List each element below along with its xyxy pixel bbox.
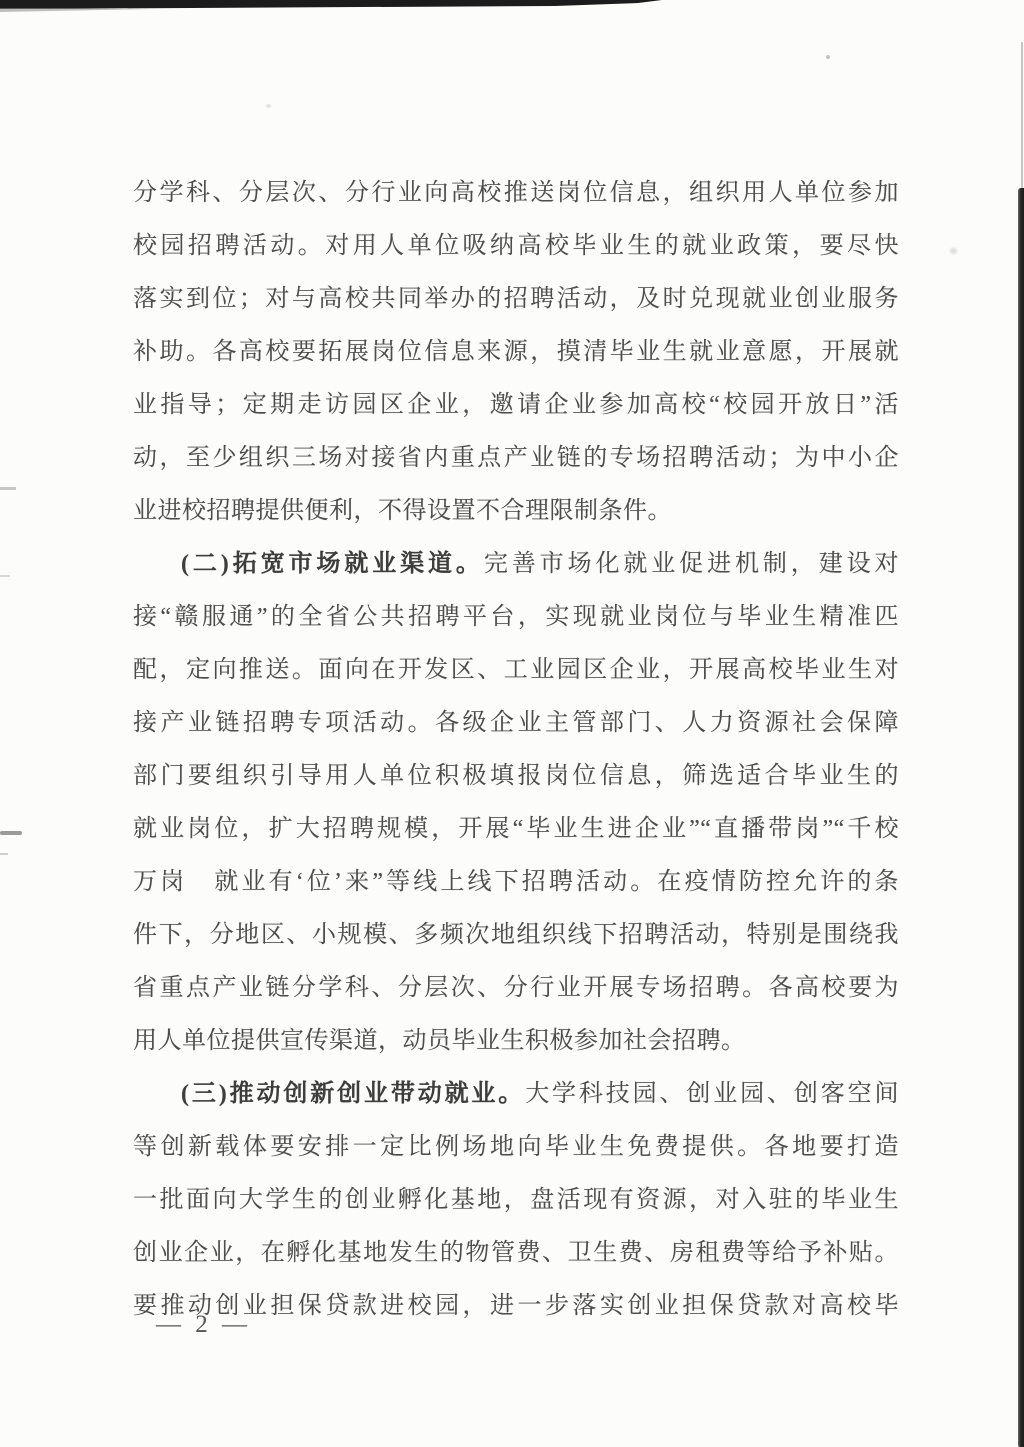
page-number: — 2 — [156,1310,251,1340]
body-line: 一批面向大学生的创业孵化基地，盘活现有资源，对入驻的毕业生 [133,1174,899,1227]
line-text: 用人单位提供宣传渠道，动员毕业生积极参加社会招聘。 [133,1028,746,1054]
scan-mark [0,487,16,490]
body-line: 等创新载体要安排一定比例场地向毕业生免费提供。各地要打造 [133,1121,899,1174]
scan-speck [826,55,830,59]
line-text: 等创新载体要安排一定比例场地向毕业生免费提供。各地要打造 [133,1134,899,1160]
line-text: 完善市场化就业促进机制，建设对 [484,551,899,577]
scanned-page: 分学科、分层次、分行业向高校推送岗位信息，组织用人单位参加校园招聘活动。对用人单… [0,0,1024,1447]
line-text: 补助。各高校要拓展岗位信息来源，摸清毕业生就业意愿，开展就 [133,339,899,365]
line-text: 动，至少组织三场对接省内重点产业链的专场招聘活动；为中小企 [133,445,899,471]
line-text: 件下，分地区、小规模、多频次地组织线下招聘活动，特别是围绕我 [133,922,899,948]
line-text: 配，定向推送。面向在开发区、工业园区企业，开展高校毕业生对 [133,657,899,683]
scan-speck [266,104,271,108]
scan-edge-top [0,0,1024,14]
body-line: 业指导；定期走访园区企业，邀请企业参加高校“校园开放日”活 [133,379,899,432]
body-line: 配，定向推送。面向在开发区、工业园区企业，开展高校毕业生对 [133,644,899,697]
body-line: 分学科、分层次、分行业向高校推送岗位信息，组织用人单位参加 [133,167,899,220]
body-line: 创业企业，在孵化基地发生的物管费、卫生费、房租费等给予补贴。 [133,1227,899,1280]
body-line: 落实到位；对与高校共同举办的招聘活动，及时兑现就业创业服务 [133,273,899,326]
page-number-text: — 2 — [156,1311,251,1338]
body-line: 接产业链招聘专项活动。各级企业主管部门、人力资源社会保障 [133,697,899,750]
body-line: (二)拓宽市场就业渠道。完善市场化就业促进机制，建设对 [133,538,899,591]
scan-mark [0,853,8,855]
line-text: 接产业链招聘专项活动。各级企业主管部门、人力资源社会保障 [133,710,899,736]
section-heading: (三)推动创新创业带动就业。 [181,1081,525,1107]
body-line: 件下，分地区、小规模、多频次地组织线下招聘活动，特别是围绕我 [133,909,899,962]
scan-mark [0,831,22,835]
line-text: 省重点产业链分学科、分层次、分行业开展专场招聘。各高校要为 [133,975,899,1001]
document-body: 分学科、分层次、分行业向高校推送岗位信息，组织用人单位参加校园招聘活动。对用人单… [133,167,899,1333]
line-text: 接“赣服通”的全省公共招聘平台，实现就业岗位与毕业生精准匹 [133,604,899,630]
line-text: 业进校招聘提供便利，不得设置不合理限制条件。 [133,498,672,524]
line-text: 业指导；定期走访园区企业，邀请企业参加高校“校园开放日”活 [133,392,899,418]
line-text: 部门要组织引导用人单位积极填报岗位信息，筛选适合毕业生的 [133,763,899,789]
scan-speck [950,248,957,254]
scan-mark [0,575,10,577]
line-text: 万岗 就业有‘位’来”等线上线下招聘活动。在疫情防控允许的条 [133,869,899,895]
body-line: 业进校招聘提供便利，不得设置不合理限制条件。 [133,485,899,538]
line-text: 分学科、分层次、分行业向高校推送岗位信息，组织用人单位参加 [133,180,899,206]
line-text: 就业岗位，扩大招聘规模，开展“毕业生进企业”“直播带岗”“千校 [133,816,899,842]
line-text: 创业企业，在孵化基地发生的物管费、卫生费、房租费等给予补贴。 [133,1240,899,1266]
body-line: 部门要组织引导用人单位积极填报岗位信息，筛选适合毕业生的 [133,750,899,803]
body-line: 校园招聘活动。对用人单位吸纳高校毕业生的就业政策，要尽快 [133,220,899,273]
body-line: 补助。各高校要拓展岗位信息来源，摸清毕业生就业意愿，开展就 [133,326,899,379]
line-text: 一批面向大学生的创业孵化基地，盘活现有资源，对入驻的毕业生 [133,1187,899,1213]
body-line: 万岗 就业有‘位’来”等线上线下招聘活动。在疫情防控允许的条 [133,856,899,909]
body-line: (三)推动创新创业带动就业。大学科技园、创业园、创客空间 [133,1068,899,1121]
scan-edge-right-light [1021,42,1023,192]
body-line: 就业岗位，扩大招聘规模，开展“毕业生进企业”“直播带岗”“千校 [133,803,899,856]
line-text: 大学科技园、创业园、创客空间 [525,1081,899,1107]
body-line: 接“赣服通”的全省公共招聘平台，实现就业岗位与毕业生精准匹 [133,591,899,644]
scan-edge-right [1018,188,1024,1447]
line-text: 落实到位；对与高校共同举办的招聘活动，及时兑现就业创业服务 [133,286,899,312]
body-line: 省重点产业链分学科、分层次、分行业开展专场招聘。各高校要为 [133,962,899,1015]
section-heading: (二)拓宽市场就业渠道。 [181,551,484,577]
line-text: 校园招聘活动。对用人单位吸纳高校毕业生的就业政策，要尽快 [133,233,899,259]
body-line: 用人单位提供宣传渠道，动员毕业生积极参加社会招聘。 [133,1015,899,1068]
body-line: 动，至少组织三场对接省内重点产业链的专场招聘活动；为中小企 [133,432,899,485]
